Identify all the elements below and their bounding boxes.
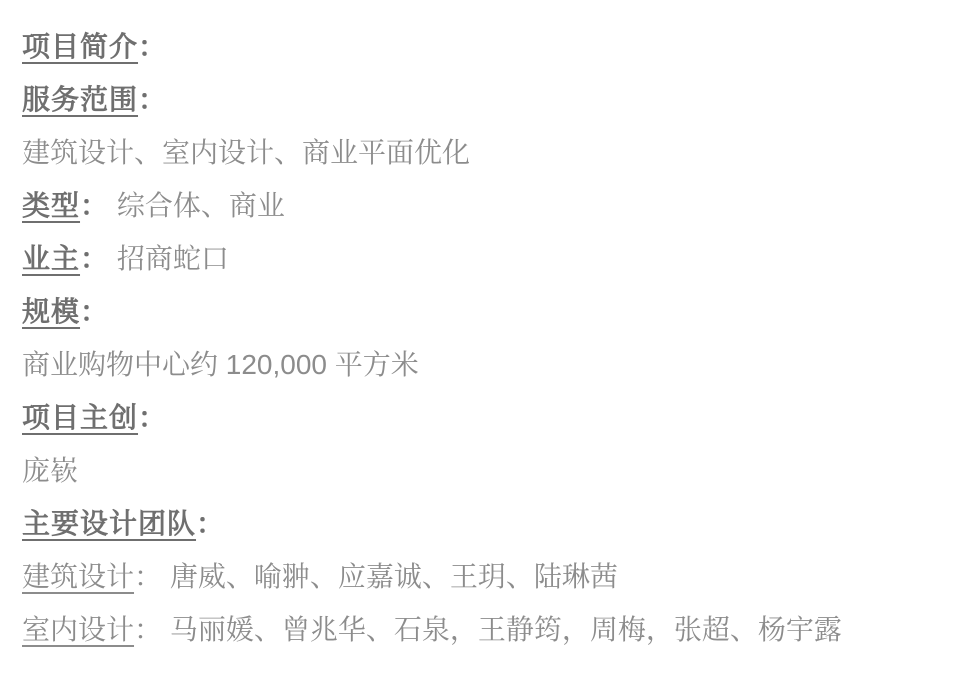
field-label: 主要设计团队： [22,508,225,539]
field-label: 项目主创： [22,402,167,433]
field-label: 类型： [22,190,109,221]
text-line: 庞嵚 [22,444,944,497]
info-line: 业主：招商蛇口 [22,232,944,285]
field-colon: ： [134,561,162,592]
info-line: 项目简介： [22,20,944,73]
text-line: 商业购物中心约 120,000 平方米 [22,338,944,391]
field-label-text: 类型 [22,190,80,221]
info-line: 规模： [22,285,944,338]
field-colon: ： [80,190,109,221]
field-colon: ： [134,614,162,645]
info-line: 室内设计：马丽媛、曾兆华、石泉，王静筠，周梅，张超、杨宇露 [22,603,944,656]
text-line: 建筑设计、室内设计、商业平面优化 [22,126,944,179]
field-label: 服务范围： [22,84,167,115]
field-value: 庞嵚 [22,455,78,486]
info-line: 主要设计团队： [22,497,944,550]
field-colon: ： [196,508,225,539]
field-label-text: 服务范围 [22,84,138,115]
field-value: 商业购物中心约 120,000 平方米 [22,349,419,380]
field-label-text: 项目主创 [22,402,138,433]
field-value: 招商蛇口 [117,243,229,274]
field-colon: ： [80,296,109,327]
field-label-text: 室内设计 [22,614,134,645]
info-line: 服务范围： [22,73,944,126]
field-label-text: 主要设计团队 [22,508,196,539]
field-label-text: 规模 [22,296,80,327]
field-colon: ： [138,84,167,115]
field-label-text: 业主 [22,243,80,274]
field-label: 业主： [22,243,109,274]
field-value: 唐威、喻翀、应嘉诚、王玥、陆琳茜 [170,561,618,592]
field-value: 马丽媛、曾兆华、石泉，王静筠，周梅，张超、杨宇露 [170,614,842,645]
info-line: 建筑设计：唐威、喻翀、应嘉诚、王玥、陆琳茜 [22,550,944,603]
field-label: 建筑设计： [22,561,162,592]
project-info-content: 项目简介： 服务范围： 建筑设计、室内设计、商业平面优化 类型：综合体、商业 业… [0,0,954,656]
field-value: 建筑设计、室内设计、商业平面优化 [22,137,470,168]
field-colon: ： [80,243,109,274]
field-value: 综合体、商业 [117,190,285,221]
field-label: 项目简介： [22,31,167,62]
field-colon: ： [138,402,167,433]
field-label: 室内设计： [22,614,162,645]
info-line: 类型：综合体、商业 [22,179,944,232]
field-label-text: 建筑设计 [22,561,134,592]
project-info-document: 项目简介： 服务范围： 建筑设计、室内设计、商业平面优化 类型：综合体、商业 业… [0,0,954,690]
field-colon: ： [138,31,167,62]
field-label: 规模： [22,296,109,327]
info-line: 项目主创： [22,391,944,444]
field-label-text: 项目简介 [22,31,138,62]
